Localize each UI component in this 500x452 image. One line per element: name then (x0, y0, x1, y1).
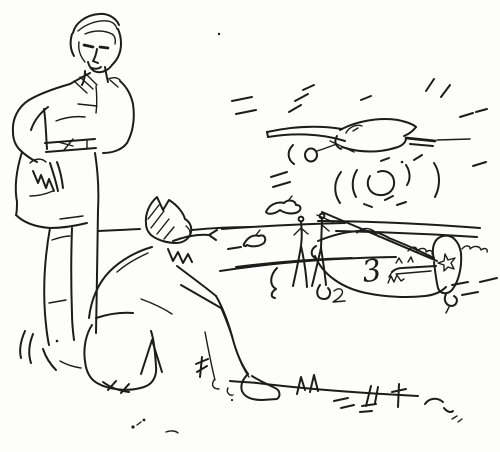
ground-crew-figure-1 (293, 217, 308, 287)
airman-arm-on-hip (13, 100, 63, 191)
flying-plane-tailplane (406, 138, 435, 141)
cloud-squiggle-right (462, 246, 487, 252)
propeller-spinner (305, 149, 317, 162)
fighter-far-wing (322, 212, 437, 261)
airman-mouth (92, 67, 101, 69)
standing-airman (13, 14, 134, 345)
ground (20, 331, 462, 433)
airfield-sketch: 3 (0, 0, 500, 452)
flying-plane-wing (267, 127, 342, 132)
fuselage-number: 3 (360, 253, 384, 290)
observer-back (89, 247, 152, 318)
propeller-arc (289, 145, 294, 164)
airman-collar (70, 73, 120, 93)
landing-gear-squiggle (271, 268, 277, 298)
airman-trousers (44, 153, 98, 345)
ground-line (230, 381, 257, 383)
grass-arc (425, 399, 453, 412)
wheel-loop (317, 285, 330, 299)
airman-tunic-skirt (16, 152, 87, 228)
flying-plane-fuselage (340, 119, 416, 130)
grass-tuft (20, 331, 25, 358)
observer-boot (241, 374, 279, 400)
illustration-canvas: 3 (0, 0, 500, 452)
distant-plane-lower (228, 230, 265, 249)
airman-nose (93, 49, 98, 63)
airman-head (71, 14, 121, 85)
wind-dashes (452, 278, 497, 295)
observer-legs (141, 266, 279, 400)
distant-plane-upper (266, 196, 300, 214)
airman-eye-left (84, 45, 93, 47)
observer-fingers (168, 249, 192, 263)
red-star-emblem (438, 254, 455, 271)
small-zigzag-mark (388, 275, 404, 283)
observer-pointing-arm (168, 230, 217, 263)
grass-tuft (196, 357, 208, 377)
grass-tuft (366, 386, 378, 406)
motion-dashes (232, 79, 487, 187)
grass-tuft (297, 375, 318, 394)
airman-eye-right (100, 47, 108, 48)
observer-cap (146, 197, 191, 243)
flying-plane (267, 119, 470, 164)
pointing-hand (209, 230, 217, 240)
airman-belt (45, 139, 96, 152)
ink-speck (218, 33, 220, 35)
propwash-swirl (335, 158, 486, 207)
airman-fingers (33, 171, 54, 191)
tail-wheel (445, 294, 457, 306)
